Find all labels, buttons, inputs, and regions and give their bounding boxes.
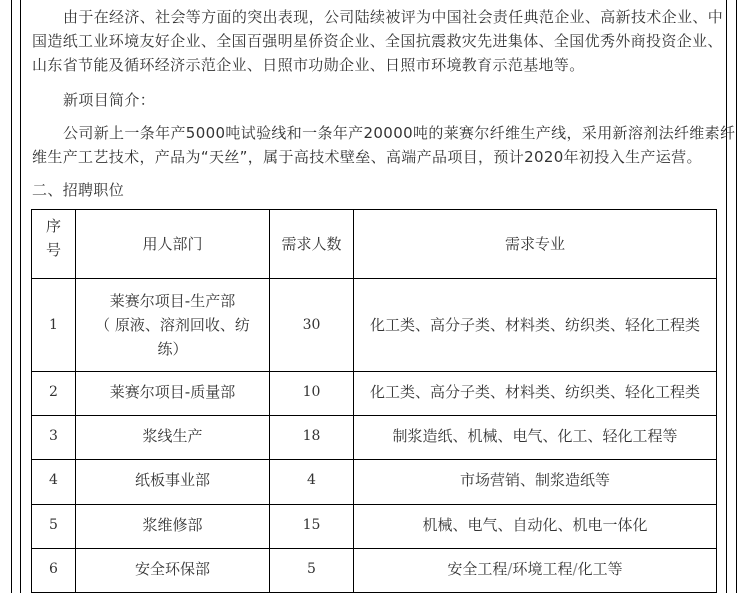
header-majors: 需求专业 (354, 210, 717, 279)
frame-line-left-outer (11, 0, 12, 593)
header-seq: 序 号 (32, 210, 76, 279)
new-project-paragraph: 公司新上一条年产5000吨试验线和一条年产20000吨的莱赛尔纤维生产线，采用新… (32, 121, 722, 169)
row-count: 10 (270, 372, 354, 416)
major-part: 化工等 (578, 560, 623, 578)
row-seq: 5 (32, 505, 76, 549)
table-row: 3 浆线生产 18 制浆造纸、机械、电气、化工、轻化工程等 (32, 416, 717, 460)
table-row: 5 浆维修部 15 机械、电气、自动化、机电一体化 (32, 505, 717, 549)
row-department: 安全环保部 (76, 549, 270, 593)
row-count: 5 (270, 549, 354, 593)
major-part: 环境工程 (512, 560, 572, 578)
row-count: 4 (270, 460, 354, 505)
row-seq: 3 (32, 416, 76, 460)
row-department: 莱赛尔项目-生产部 （ 原液、溶剂回收、纺 练） (76, 279, 270, 372)
row-seq: 6 (32, 549, 76, 593)
row-seq: 4 (32, 460, 76, 505)
table-row: 2 莱赛尔项目-质量部 10 化工类、高分子类、材料类、纺织类、轻化工程类 (32, 372, 717, 416)
row-majors: 市场营销、制浆造纸等 (354, 460, 717, 505)
row-seq: 1 (32, 279, 76, 372)
row-department: 纸板事业部 (76, 460, 270, 505)
row-seq: 2 (32, 372, 76, 416)
row-majors: 化工类、高分子类、材料类、纺织类、轻化工程类 (354, 279, 717, 372)
new-project-line: 公司新上一条年产5000吨试验线和一条年产20000吨的莱赛尔纤维生产线，采用新… (32, 121, 722, 145)
header-seq-line: 序 (32, 214, 75, 238)
row-majors: 机械、电气、自动化、机电一体化 (354, 505, 717, 549)
new-project-line: 维生产工艺技术，产品为“天丝”，属于高技术壁垒、高端产品项目，预计2020年初投… (32, 145, 722, 169)
intro-paragraph: 由于在经济、社会等方面的突出表现，公司陆续被评为中国社会责任典范企业、高新技术企… (32, 5, 722, 77)
department-line: 练） (76, 337, 269, 361)
recruitment-table: 序 号 用人部门 需求人数 需求专业 1 莱赛尔项目-生产部 （ 原液、溶剂回收… (31, 209, 717, 593)
department-line: （ 原液、溶剂回收、纺 (76, 313, 269, 337)
table-row: 4 纸板事业部 4 市场营销、制浆造纸等 (32, 460, 717, 505)
row-count: 15 (270, 505, 354, 549)
row-count: 30 (270, 279, 354, 372)
section-heading: 二、招聘职位 (32, 178, 722, 202)
intro-line: 由于在经济、社会等方面的突出表现，公司陆续被评为中国社会责任典范企业、高新技术企… (32, 5, 722, 29)
row-count: 18 (270, 416, 354, 460)
frame-line-left-inner (20, 0, 21, 593)
table-row: 1 莱赛尔项目-生产部 （ 原液、溶剂回收、纺 练） 30 化工类、高分子类、材… (32, 279, 717, 372)
major-part: 安全工程 (447, 560, 507, 578)
header-department: 用人部门 (76, 210, 270, 279)
row-department: 浆线生产 (76, 416, 270, 460)
table-header-row: 序 号 用人部门 需求人数 需求专业 (32, 210, 717, 279)
intro-line: 山东省节能及循环经济示范企业、日照市功勋企业、日照市环境教育示范基地等。 (32, 53, 722, 77)
row-majors: 制浆造纸、机械、电气、化工、轻化工程等 (354, 416, 717, 460)
intro-line: 国造纸工业环境友好企业、全国百强明星侨资企业、全国抗震救灾先进集体、全国优秀外商… (32, 29, 722, 53)
department-line: 莱赛尔项目-生产部 (76, 289, 269, 313)
table-row: 6 安全环保部 5 安全工程/环境工程/化工等 (32, 549, 717, 593)
row-department: 浆维修部 (76, 505, 270, 549)
row-department: 莱赛尔项目-质量部 (76, 372, 270, 416)
row-majors: 安全工程/环境工程/化工等 (354, 549, 717, 593)
new-project-heading: 新项目简介： (32, 88, 743, 112)
header-count: 需求人数 (270, 210, 354, 279)
row-majors: 化工类、高分子类、材料类、纺织类、轻化工程类 (354, 372, 717, 416)
header-seq-line: 号 (32, 238, 75, 262)
